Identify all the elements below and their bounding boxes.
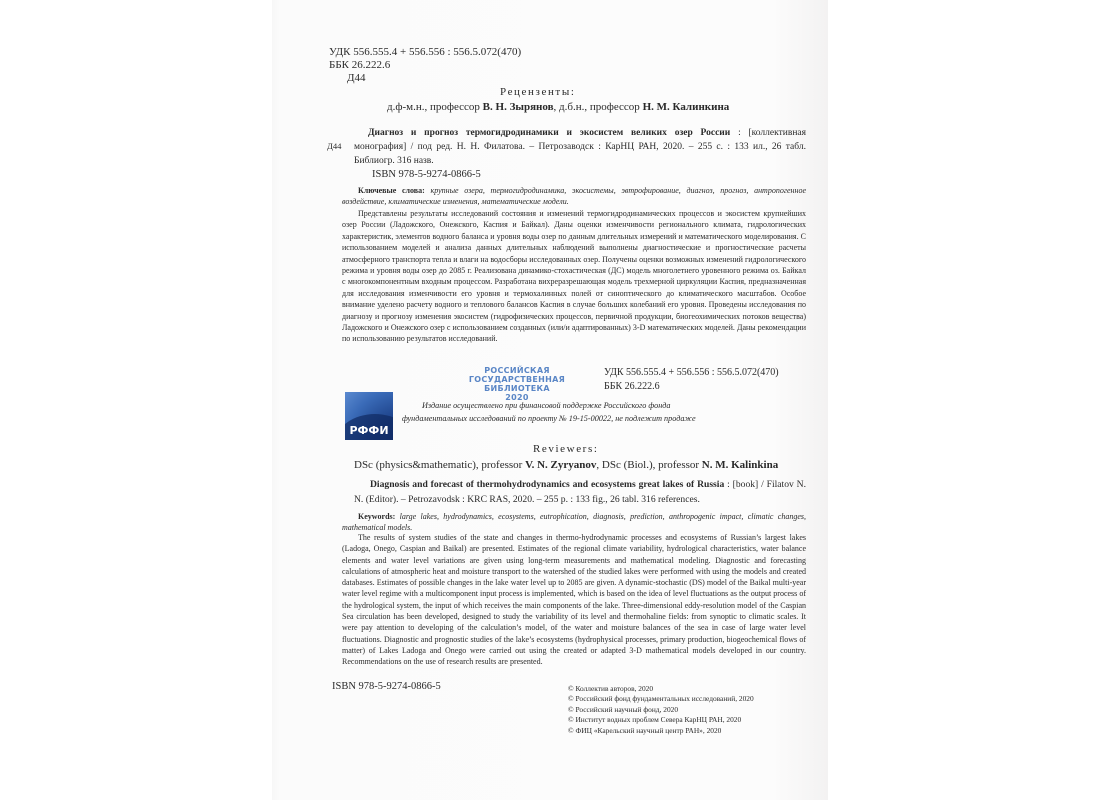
rfbr-logo: РФФИ xyxy=(345,392,393,440)
funding-line-2: фундаментальных исследований по проекту … xyxy=(402,414,696,425)
stamp-line-2: ГОСУДАРСТВЕННАЯ xyxy=(452,375,582,384)
udk-code: УДК 556.555.4 + 556.556 : 556.5.072(470) xyxy=(329,46,521,59)
keywords-en: Keywords: large lakes, hydrodynamics, ec… xyxy=(342,512,806,533)
isbn-top: ISBN 978-5-9274-0866-5 xyxy=(372,169,481,180)
reviewers-en: DSc (physics&mathematic), professor V. N… xyxy=(354,459,778,472)
reviewers-ru: д.ф-м.н., профессор В. Н. Зырянов, д.б.н… xyxy=(387,101,729,114)
copyright-item: © ФИЦ «Карельский научный центр РАН», 20… xyxy=(568,726,754,736)
abstract-ru: Представлены результаты исследований сос… xyxy=(342,208,806,345)
copyright-item: © Российский научный фонд, 2020 xyxy=(568,705,754,715)
copyright-item: © Институт водных проблем Севера КарНЦ Р… xyxy=(568,715,754,725)
biblio-record-ru: Диагноз и прогноз термогидродинамики и э… xyxy=(354,126,806,168)
reviewers-heading-ru: Рецензенты: xyxy=(500,86,575,99)
biblio-mark: Д44 xyxy=(327,141,341,152)
reviewer-1-prefix: д.ф-м.н., профессор xyxy=(387,101,483,113)
biblio-record-en: Diagnosis and forecast of thermohydrodyn… xyxy=(354,477,806,507)
keywords-label-en: Keywords: xyxy=(358,512,395,521)
author-mark: Д44 xyxy=(347,72,366,85)
abstract-en: The results of system studies of the sta… xyxy=(342,532,806,668)
stamp-line-1: РОССИЙСКАЯ xyxy=(452,366,582,375)
keywords-label-ru: Ключевые слова: xyxy=(358,186,425,195)
rfbr-logo-text: РФФИ xyxy=(345,424,393,437)
reviewers-heading-en: Reviewers: xyxy=(533,443,598,456)
reviewer-1-name-en: V. N. Zyryanov xyxy=(525,459,596,471)
udk-code-mid: УДК 556.555.4 + 556.556 : 556.5.072(470) xyxy=(604,366,779,379)
keywords-text-en: large lakes, hydrodynamics, ecosystems, … xyxy=(342,512,806,532)
reviewer-2-prefix-en: , DSc (Biol.), professor xyxy=(596,459,701,471)
reviewer-1-name: В. Н. Зырянов xyxy=(483,101,554,113)
bbk-code: ББК 26.222.6 xyxy=(329,59,390,72)
book-title-ru: Диагноз и прогноз термогидродинамики и э… xyxy=(368,128,730,138)
stamp-line-3: БИБЛИОТЕКА xyxy=(452,384,582,393)
reviewer-1-prefix-en: DSc (physics&mathematic), professor xyxy=(354,459,525,471)
reviewer-2-name: Н. М. Калинкина xyxy=(643,101,730,113)
copyright-list: © Коллектив авторов, 2020 © Российский ф… xyxy=(568,684,754,736)
reviewer-2-name-en: N. M. Kalinkina xyxy=(702,459,778,471)
library-stamp: РОССИЙСКАЯ ГОСУДАРСТВЕННАЯ БИБЛИОТЕКА 20… xyxy=(452,366,582,402)
keywords-ru: Ключевые слова: крупные озера, термогидр… xyxy=(342,186,806,207)
book-title-en: Diagnosis and forecast of thermohydrodyn… xyxy=(370,479,724,490)
funding-line-1: Издание осуществлено при финансовой подд… xyxy=(422,401,671,412)
reviewer-2-prefix: , д.б.н., профессор xyxy=(554,101,643,113)
bbk-code-mid: ББК 26.222.6 xyxy=(604,380,660,393)
copyright-item: © Коллектив авторов, 2020 xyxy=(568,684,754,694)
copyright-item: © Российский фонд фундаментальных исслед… xyxy=(568,694,754,704)
isbn-bottom: ISBN 978-5-9274-0866-5 xyxy=(332,681,441,692)
